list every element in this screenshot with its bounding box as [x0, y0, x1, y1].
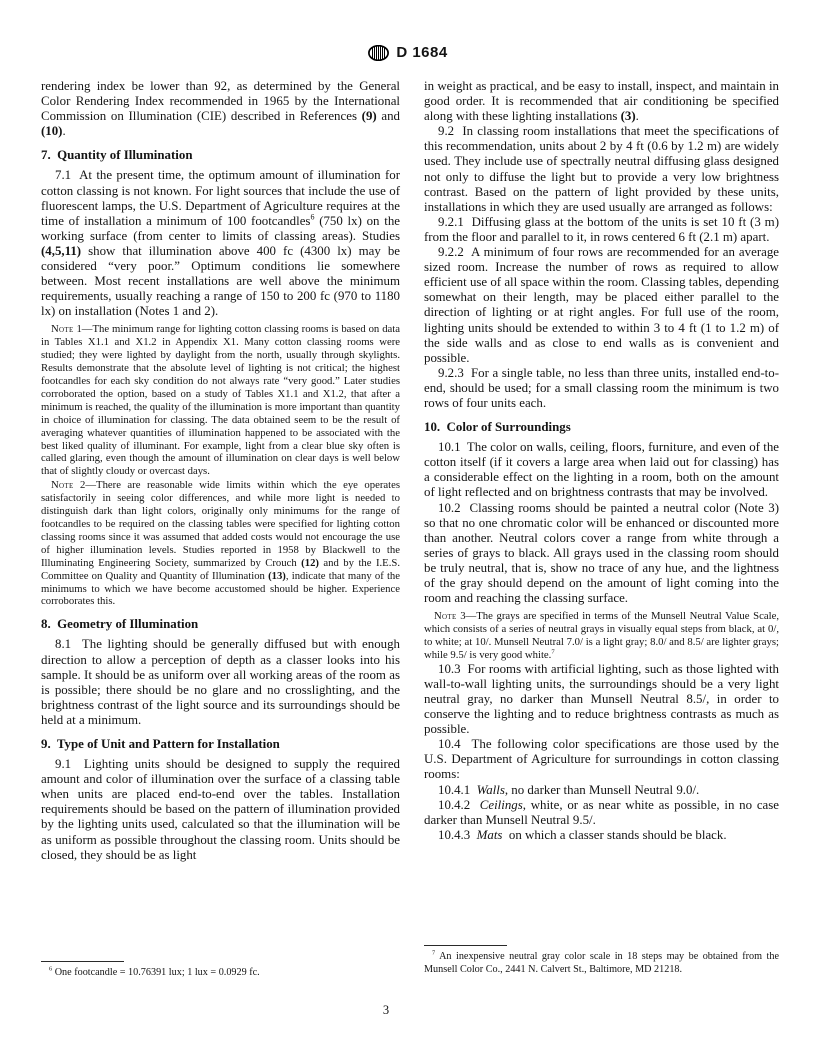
- paragraph-10-4-2: 10.4.2 Ceilings, white, or as near white…: [424, 798, 779, 828]
- document-header: D 1684: [0, 44, 816, 61]
- footnote-rule: [41, 961, 124, 962]
- page-number: 3: [0, 1003, 772, 1018]
- section-heading-8: 8. Geometry of Illumination: [41, 617, 400, 632]
- footnote-rule: [424, 945, 507, 946]
- section-heading-9: 9. Type of Unit and Pattern for Installa…: [41, 737, 400, 752]
- note-1: Note 1—The minimum range for lighting co…: [41, 323, 400, 478]
- paragraph-10-3: 10.3 For rooms with artificial lighting,…: [424, 662, 779, 737]
- section-heading-7: 7. Quantity of Illumination: [41, 148, 400, 163]
- section-heading-10: 10. Color of Surroundings: [424, 420, 779, 435]
- left-footnote: 6 One footcandle = 10.76391 lux; 1 lux =…: [41, 961, 400, 980]
- paragraph-8-1: 8.1 The lighting should be generally dif…: [41, 637, 400, 728]
- paragraph-9-1: 9.1 Lighting units should be designed to…: [41, 757, 400, 863]
- paragraph-10-2: 10.2 Classing rooms should be painted a …: [424, 501, 779, 607]
- footnote-7-text: 7 An inexpensive neutral gray color scal…: [424, 951, 779, 976]
- astm-logo-icon: [368, 45, 389, 61]
- paragraph-continuation: rendering index be lower than 92, as det…: [41, 79, 400, 139]
- right-footnote: 7 An inexpensive neutral gray color scal…: [424, 945, 779, 976]
- paragraph-9-2-2: 9.2.2 A minimum of four rows are recomme…: [424, 245, 779, 366]
- paragraph-10-4-1: 10.4.1 Walls, no darker than Munsell Neu…: [424, 783, 779, 798]
- left-column: rendering index be lower than 92, as det…: [41, 79, 400, 863]
- note-3: Note 3—The grays are specified in terms …: [424, 610, 779, 662]
- paragraph-10-4-3: 10.4.3 Mats on which a classer stands sh…: [424, 828, 779, 843]
- paragraph-10-4: 10.4 The following color specifications …: [424, 737, 779, 782]
- paragraph-9-2-1: 9.2.1 Diffusing glass at the bottom of t…: [424, 215, 779, 245]
- paragraph-7-1: 7.1 At the present time, the optimum amo…: [41, 168, 400, 319]
- paragraph-9-2: 9.2 In classing room installations that …: [424, 124, 779, 215]
- footnote-6-text: 6 One footcandle = 10.76391 lux; 1 lux =…: [41, 967, 400, 980]
- paragraph-continuation: in weight as practical, and be easy to i…: [424, 79, 779, 124]
- right-column: in weight as practical, and be easy to i…: [424, 79, 779, 843]
- note-2: Note 2—There are reasonable wide limits …: [41, 479, 400, 608]
- document-page: D 1684 rendering index be lower than 92,…: [0, 0, 816, 1056]
- paragraph-10-1: 10.1 The color on walls, ceiling, floors…: [424, 440, 779, 500]
- paragraph-9-2-3: 9.2.3 For a single table, no less than t…: [424, 366, 779, 411]
- document-number: D 1684: [396, 44, 447, 61]
